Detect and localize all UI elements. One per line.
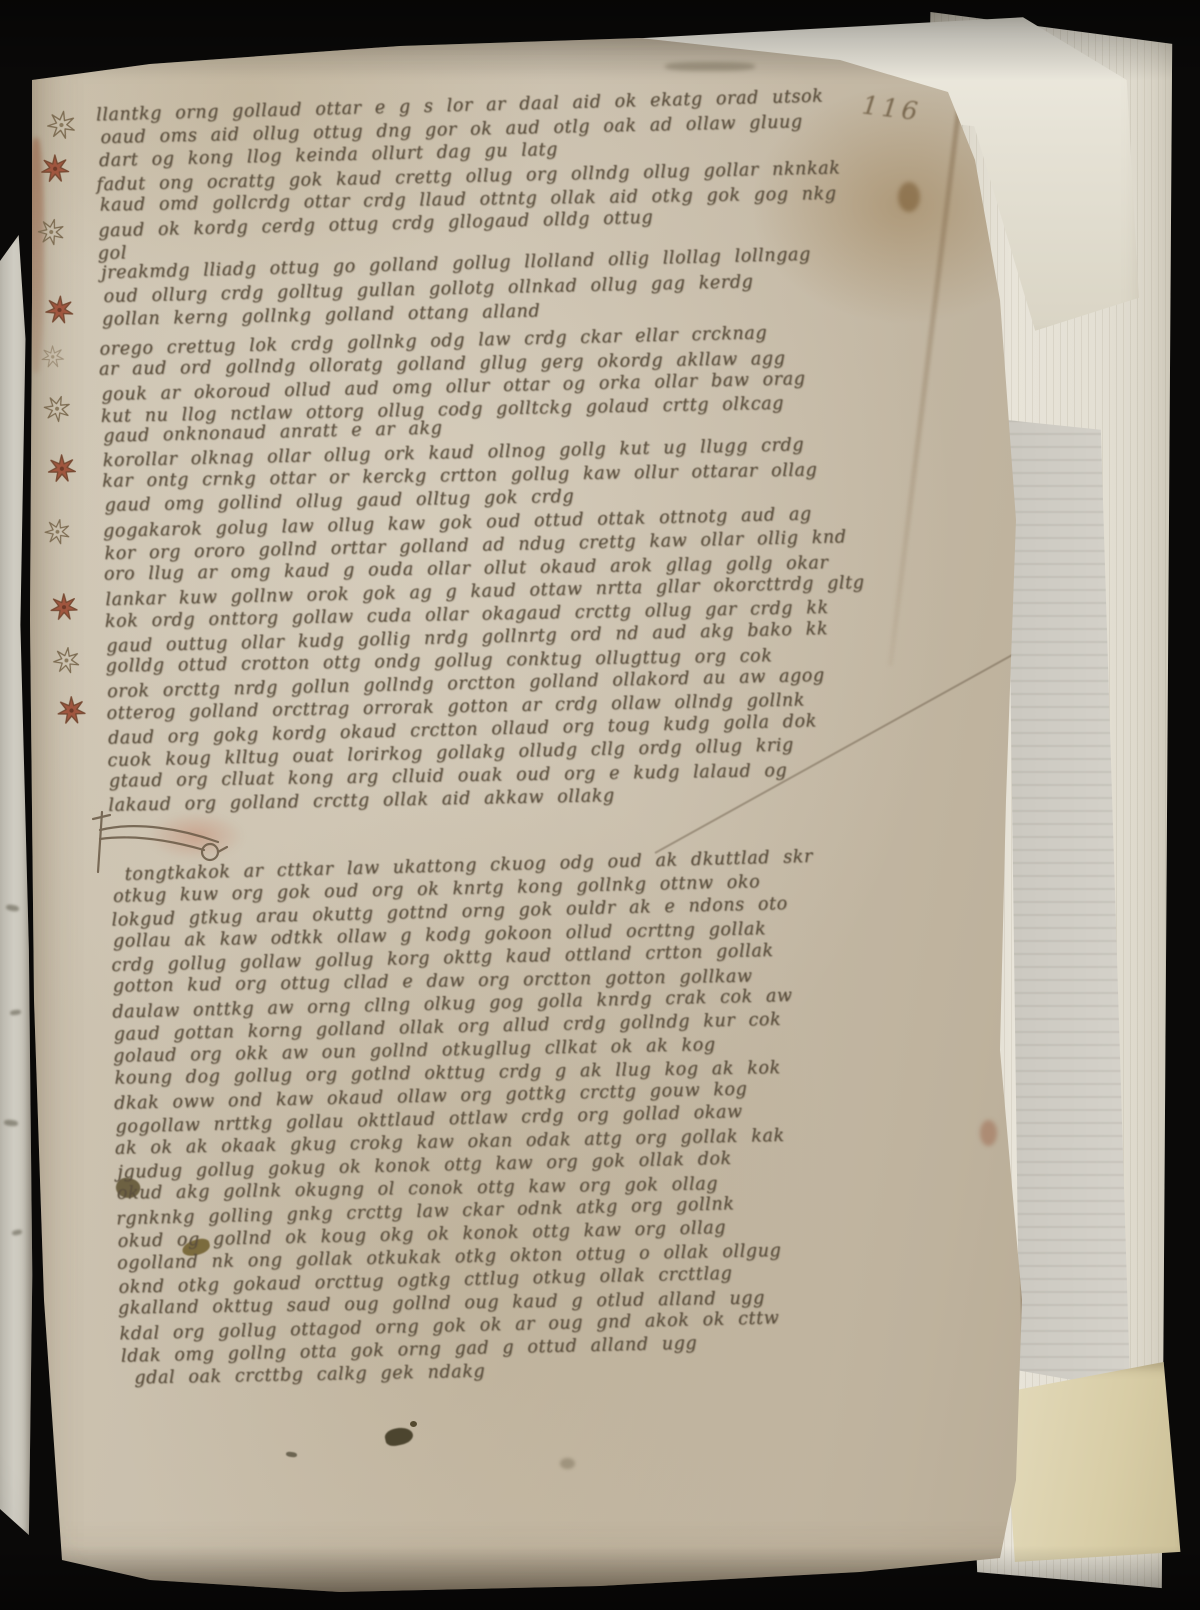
manuscript-text-line: gollan kerng gollnkg golland ottang alla… xyxy=(102,303,541,329)
facing-page-edge xyxy=(0,235,34,1535)
manuscript-text-line: gaud ok kordg cerdg ottug crdg gllogaud … xyxy=(98,210,653,241)
manuscript-text-line: gol xyxy=(98,245,127,263)
marginal-doodle xyxy=(90,806,240,884)
underlying-page-corner xyxy=(1000,1362,1186,1564)
manuscript-photo: llantkg orng gollaud ottar e g s lor ar … xyxy=(0,0,1200,1610)
manuscript-text-line: gdal oak crcttbg calkg gek ndakg xyxy=(134,1364,485,1388)
